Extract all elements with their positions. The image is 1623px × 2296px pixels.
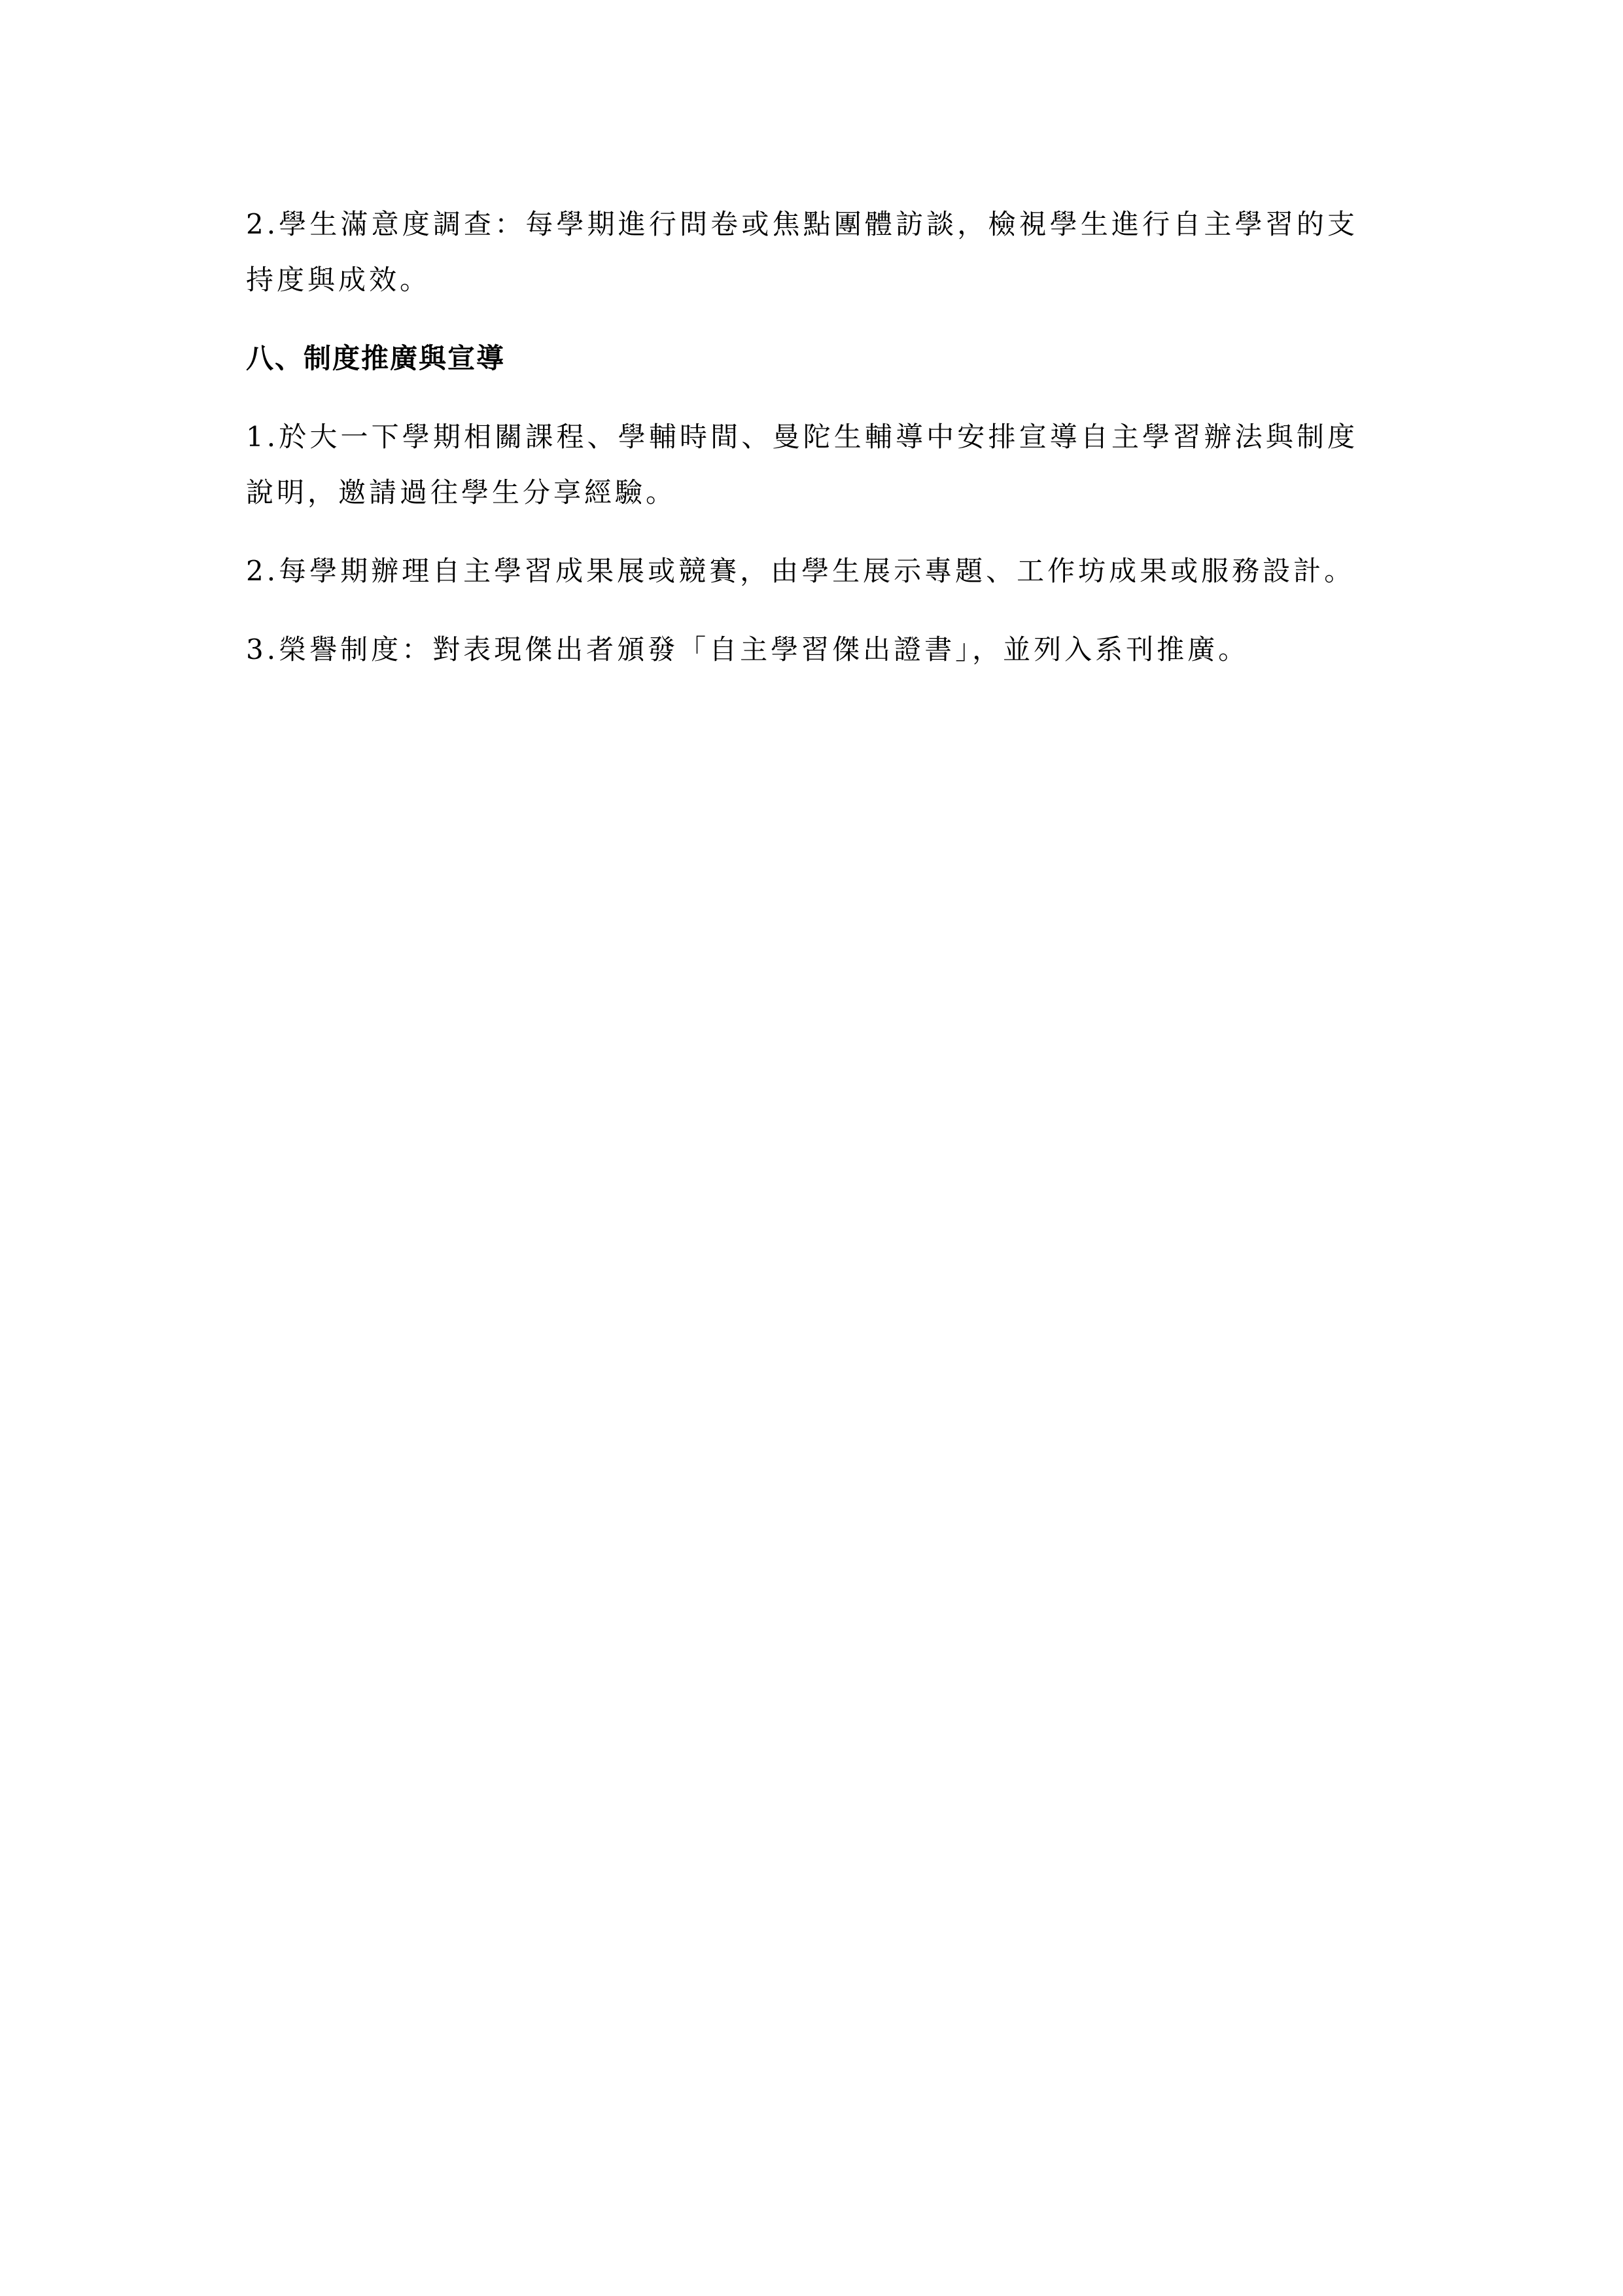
paragraph-item-1: 1.於大一下學期相關課程、學輔時間、曼陀生輔導中安排宣導自主學習辦法與制度說明，… — [246, 409, 1358, 520]
paragraph-satisfaction-survey: 2.學生滿意度調查：每學期進行問卷或焦點團體訪談，檢視學生進行自主學習的支持度與… — [246, 196, 1358, 308]
paragraph-item-2: 2.每學期辦理自主學習成果展或競賽，由學生展示專題、工作坊成果或服務設計。 — [246, 543, 1358, 599]
section-heading-promotion: 八、制度推廣與宣導 — [246, 330, 1358, 386]
document-page: 2.學生滿意度調查：每學期進行問卷或焦點團體訪談，檢視學生進行自主學習的支持度與… — [246, 196, 1358, 700]
paragraph-item-3: 3.榮譽制度：對表現傑出者頒發「自主學習傑出證書」，並列入系刊推廣。 — [246, 622, 1358, 677]
